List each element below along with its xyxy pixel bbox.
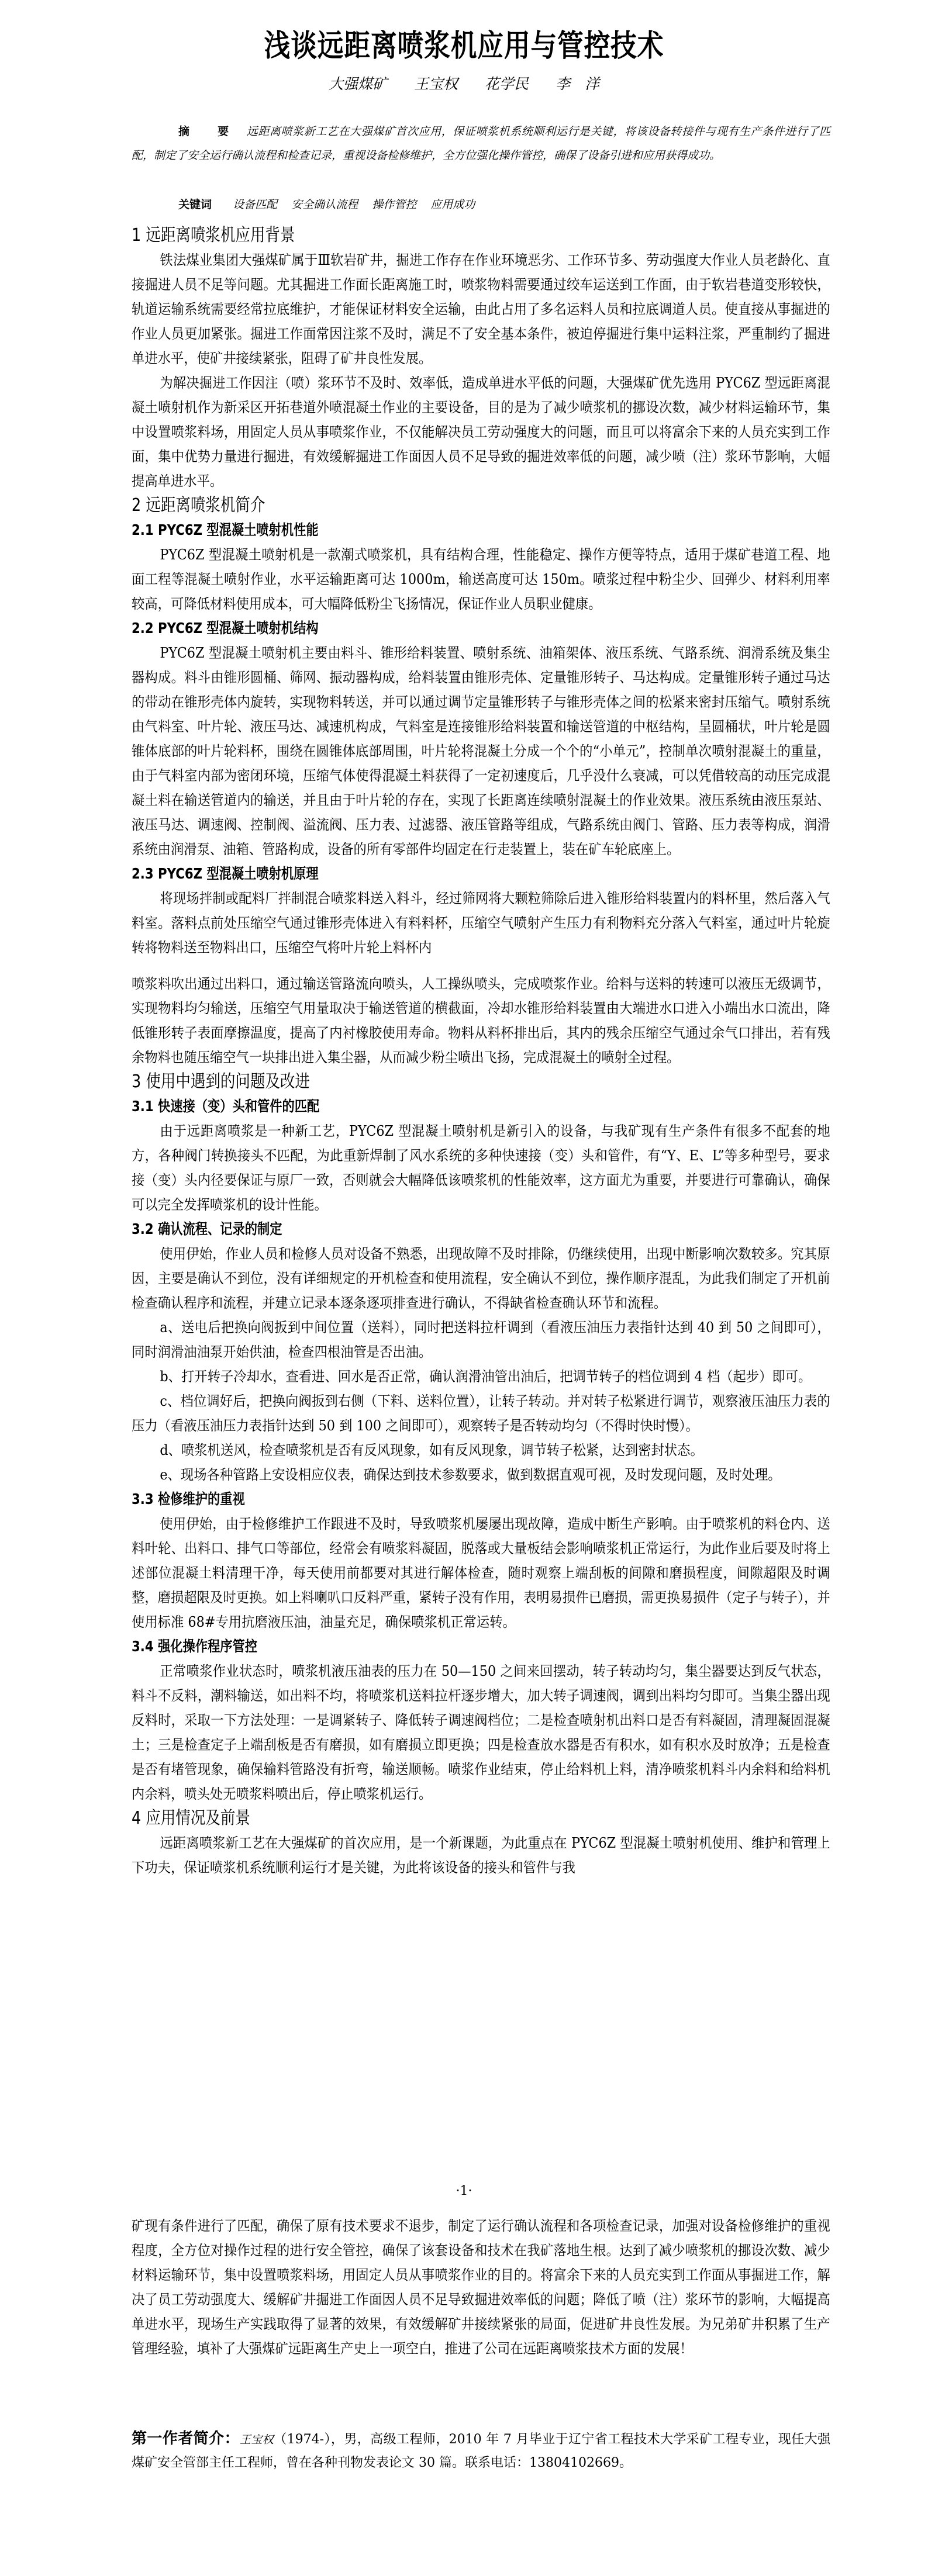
page-number: ·1· xyxy=(0,2184,928,2198)
paragraph: 由于远距离喷浆是一种新工艺，PYC6Z 型混凝土喷射机是新引入的设备，与我矿现有… xyxy=(132,1119,830,1217)
step-item: d、喷浆机送风，检查喷浆机是否有反风现象，如有反风现象，调节转子松紧，达到密封状… xyxy=(132,1438,830,1462)
spacer xyxy=(132,960,830,971)
paragraph: 为解决掘进工作因注（喷）浆环节不及时、效率低，造成单进水平低的问题，大强煤矿优先… xyxy=(132,371,830,493)
step-item: a、送电后把换向阀扳到中间位置（送料），同时把送料拉杆调到（看液压油压力表指针达… xyxy=(132,1315,830,1364)
author-name: 花学民 xyxy=(485,75,529,92)
paragraph: 矿现有条件进行了匹配，确保了原有技术要求不退步，制定了运行确认流程和各项检查记录… xyxy=(132,2214,830,2361)
subsection-heading-2-3: 2.3 PYC6Z 型混凝土喷射机原理 xyxy=(132,862,726,886)
abstract: 摘 要远距离喷浆新工艺在大强煤矿首次应用，保证喷浆机系统顺利运行是关键，将该设备… xyxy=(132,120,830,168)
keyword: 设备匹配 xyxy=(233,198,277,211)
section-heading-2: 2 远距离喷浆机简介 xyxy=(132,493,726,518)
step-item: b、打开转子冷却水，查看进、回水是否正常，确认润滑油管出油后，把调节转子的档位调… xyxy=(132,1364,830,1389)
keyword: 安全确认流程 xyxy=(291,198,358,211)
bio-label: 第一作者简介： xyxy=(132,2430,240,2447)
section-heading-4: 4 应用情况及前景 xyxy=(132,1806,726,1831)
paragraph: PYC6Z 型混凝土喷射机是一款潮式喷浆机，具有结构合理，性能稳定、操作方便等特… xyxy=(132,542,830,616)
subsection-heading-3-3: 3.3 检修维护的重视 xyxy=(132,1487,726,1512)
section-heading-3: 3 使用中遇到的问题及改进 xyxy=(132,1070,726,1094)
subsection-heading-2-1: 2.1 PYC6Z 型混凝土喷射机性能 xyxy=(132,518,726,542)
step-item: c、档位调好后，把换向阀扳到右侧（下料、送料位置），让转子转动。并对转子松紧进行… xyxy=(132,1389,830,1438)
subsection-heading-3-4: 3.4 强化操作程序管控 xyxy=(132,1634,726,1659)
keywords-label: 关键词 xyxy=(178,198,212,211)
author-line: 大强煤矿 王宝权 花学民 李 洋 xyxy=(0,74,928,94)
paragraph: 使用伊始，由于检修维护工作跟进不及时，导致喷浆机屡屡出现故障，造成中断生产影响。… xyxy=(132,1512,830,1634)
paper-title: 浅谈远距离喷浆机应用与管控技术 xyxy=(65,29,863,64)
subsection-heading-3-1: 3.1 快速接（变）头和管件的匹配 xyxy=(132,1094,726,1119)
paragraph: 喷浆料吹出通过出料口，通过输送管路流向喷头，人工操纵喷头，完成喷浆作业。给料与送… xyxy=(132,971,830,1070)
paragraph: 铁法煤业集团大强煤矿属于Ⅲ软岩矿井，掘进工作存在作业环境恶劣、工作环节多、劳动强… xyxy=(132,248,830,371)
article-body-page-2: 矿现有条件进行了匹配，确保了原有技术要求不退步，制定了运行确认流程和各项检查记录… xyxy=(132,2214,830,2361)
paragraph: 将现场拌制或配料厂拌制混合喷浆料送入料斗，经过筛网将大颗粒筛除后进入锥形给料装置… xyxy=(132,886,830,960)
keywords: 关键词 设备匹配 安全确认流程 操作管控 应用成功 xyxy=(178,196,485,213)
section-heading-1: 1 远距离喷浆机应用背景 xyxy=(132,223,726,248)
paragraph: 使用伊始，作业人员和检修人员对设备不熟悉，出现故障不及时排除，仍继续使用，出现中… xyxy=(132,1242,830,1315)
author-name: 王宝权 xyxy=(414,75,458,92)
step-item: e、现场各种管路上安设相应仪表，确保达到技术参数要求，做到数据直观可视，及时发现… xyxy=(132,1462,830,1487)
keyword: 应用成功 xyxy=(430,198,475,211)
paragraph: 正常喷浆作业状态时，喷浆机液压油表的压力在 50—150 之间来回摆动，转子转动… xyxy=(132,1659,830,1806)
author-bio: 第一作者简介：王宝权（1974-），男，高级工程师，2010 年 7 月毕业于辽… xyxy=(132,2427,830,2475)
affiliation: 大强煤矿 xyxy=(329,75,387,92)
article-body-page-1: 1 远距离喷浆机应用背景 铁法煤业集团大强煤矿属于Ⅲ软岩矿井，掘进工作存在作业环… xyxy=(132,223,830,1880)
abstract-label: 摘 要 xyxy=(178,125,237,138)
paragraph: 远距离喷浆新工艺在大强煤矿的首次应用，是一个新课题，为此重点在 PYC6Z 型混… xyxy=(132,1831,830,1880)
subsection-heading-2-2: 2.2 PYC6Z 型混凝土喷射机结构 xyxy=(132,616,726,641)
paragraph: PYC6Z 型混凝土喷射机主要由料斗、锥形给料装置、喷射系统、油箱架体、液压系统… xyxy=(132,641,830,862)
keyword: 操作管控 xyxy=(372,198,416,211)
bio-name: 王宝权 xyxy=(240,2433,274,2446)
author-name: 李 洋 xyxy=(556,75,599,92)
subsection-heading-3-2: 3.2 确认流程、记录的制定 xyxy=(132,1217,726,1242)
